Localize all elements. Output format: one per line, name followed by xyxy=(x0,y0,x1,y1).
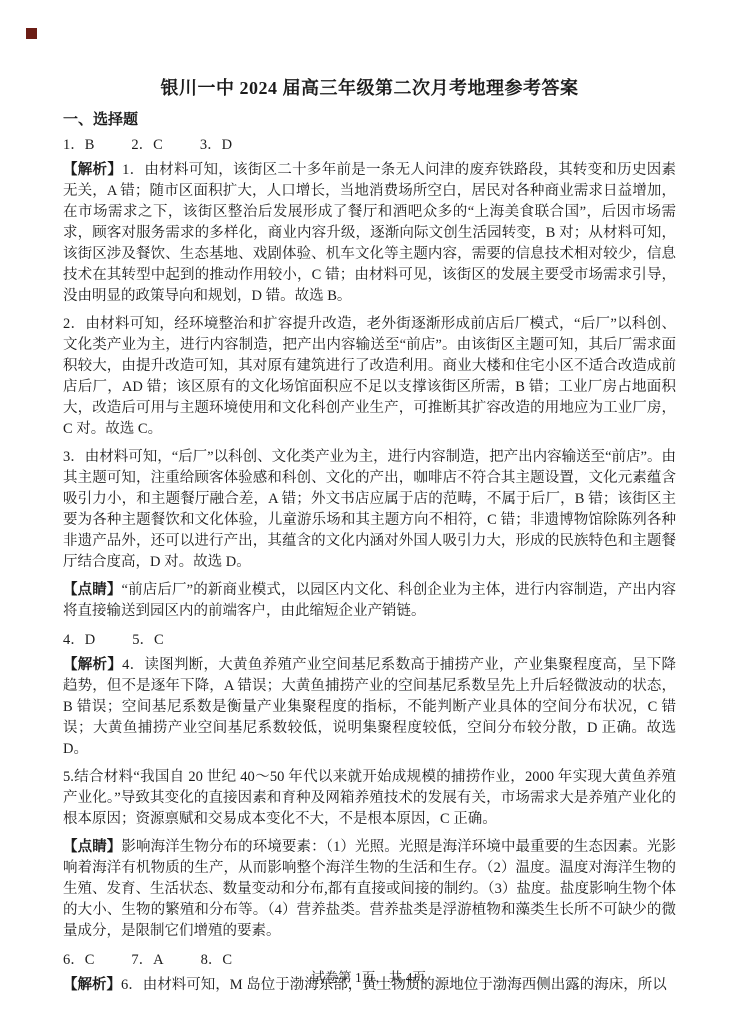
paragraph: 【点睛】“前店后厂”的新商业模式，以园区内文化、科创企业为主体，进行内容制造，产… xyxy=(63,580,676,622)
page-footer: 试卷第 1页，共 4页 xyxy=(0,966,737,986)
exam-answer-page: 银川一中 2024 届高三年级第二次月考地理参考答案 一、选择题 1．B2．C3… xyxy=(0,0,737,1020)
answer-line: 1．B2．C3．D xyxy=(63,134,676,156)
document-body: 1．B2．C3．D【解析】1．由材料可知，该街区二十多年前是一条无人问津的废弃铁… xyxy=(63,134,676,996)
paragraph-text: 影响海洋生物分布的环境要素：（1）光照。光照是海洋环境中最重要的生态因素。光影响… xyxy=(63,839,676,939)
paragraph-text: 4．读图判断，大黄鱼养殖产业空间基尼系数高于捕捞产业，产业集聚程度高，呈下降趋势… xyxy=(63,657,676,757)
paragraph: 2．由材料可知，经环境整治和扩容提升改造，老外街逐渐形成前店后厂模式，“后厂”以… xyxy=(63,314,676,440)
paragraph-text: “前店后厂”的新商业模式，以园区内文化、科创企业为主体，进行内容制造，产出内容将… xyxy=(63,582,676,619)
paragraph-label: 【解析】 xyxy=(63,657,122,673)
document-content: 银川一中 2024 届高三年级第二次月考地理参考答案 一、选择题 1．B2．C3… xyxy=(63,0,676,1003)
answer-item: 5．C xyxy=(132,629,163,651)
page-title: 银川一中 2024 届高三年级第二次月考地理参考答案 xyxy=(63,76,676,100)
paragraph: 【解析】4．读图判断，大黄鱼养殖产业空间基尼系数高于捕捞产业，产业集聚程度高，呈… xyxy=(63,655,676,760)
paragraph-text: 3．由材料可知，“后厂”以科创、文化类产业为主，进行内容制造，把产出内容输送至“… xyxy=(63,449,676,570)
paragraph: 5.结合材料“我国自 20 世纪 40～50 年代以来就开始成规模的捕捞作业，2… xyxy=(63,767,676,830)
paragraph-label: 【点睛】 xyxy=(63,839,121,855)
paragraph: 【点睛】影响海洋生物分布的环境要素：（1）光照。光照是海洋环境中最重要的生态因素… xyxy=(63,837,676,942)
section-heading-multiple-choice: 一、选择题 xyxy=(63,109,676,131)
paragraph-text: 1．由材料可知，该街区二十多年前是一条无人问津的废弃铁路段，其转变和历史因素无关… xyxy=(63,162,676,304)
paragraph: 3．由材料可知，“后厂”以科创、文化类产业为主，进行内容制造，把产出内容输送至“… xyxy=(63,447,676,573)
answer-item: 3．D xyxy=(200,134,232,156)
answer-item: 1．B xyxy=(63,134,94,156)
answer-item: 4．D xyxy=(63,629,95,651)
answer-line: 4．D5．C xyxy=(63,629,676,651)
paragraph-label: 【点睛】 xyxy=(63,582,122,598)
answer-item: 2．C xyxy=(131,134,162,156)
paragraph-text: 5.结合材料“我国自 20 世纪 40～50 年代以来就开始成规模的捕捞作业，2… xyxy=(63,769,676,827)
paragraph-text: 2．由材料可知，经环境整治和扩容提升改造，老外街逐渐形成前店后厂模式，“后厂”以… xyxy=(63,316,676,437)
paragraph: 【解析】1．由材料可知，该街区二十多年前是一条无人问津的废弃铁路段，其转变和历史… xyxy=(63,160,676,307)
paragraph-label: 【解析】 xyxy=(63,162,122,178)
corner-stamp-mark xyxy=(26,28,37,39)
